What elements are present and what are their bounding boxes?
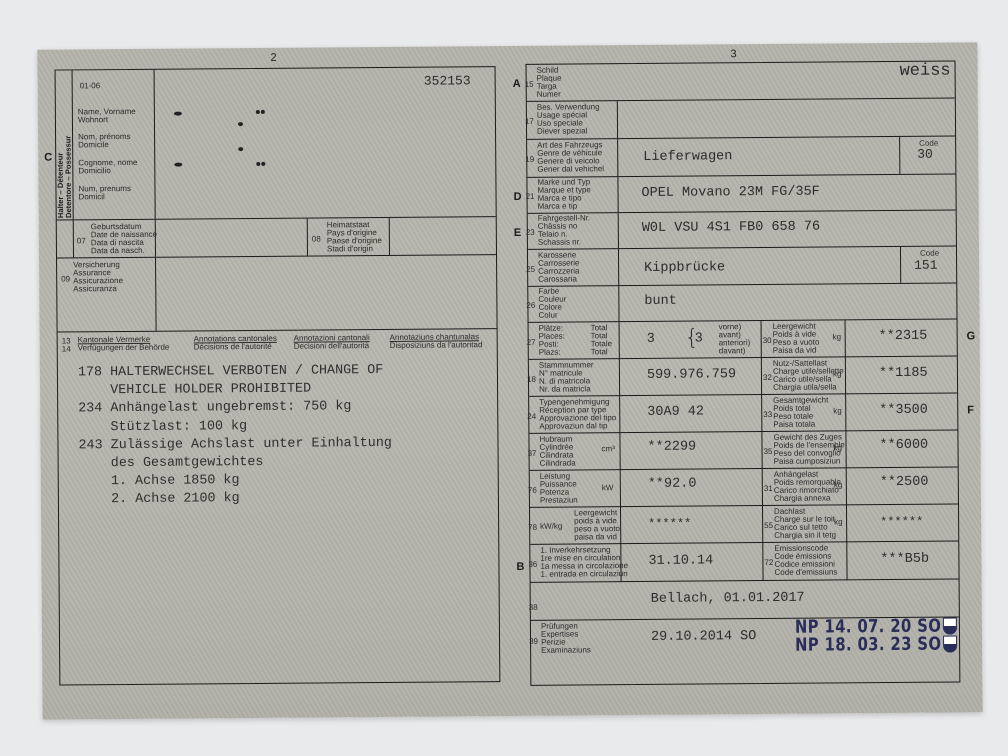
make-model-label-rm: Marca e tip xyxy=(538,202,578,211)
redaction-mark xyxy=(261,162,265,166)
side-label-rm: Possessur xyxy=(63,136,72,174)
seats-value: 3 xyxy=(647,332,655,347)
roof-load-unit: kg xyxy=(834,518,843,527)
birth-origin-row: 07 Geburtsdatum Date de naissance Data d… xyxy=(57,217,496,258)
inspection-stamp-2: NP 18. 03. 23 SO xyxy=(795,634,941,656)
specs-grid: 27 Plätze: Places: Posti: Plazs: Total T… xyxy=(529,319,959,582)
payload-unit: kg xyxy=(833,370,842,379)
body-code: 25 xyxy=(526,265,535,274)
redaction-mark xyxy=(174,112,182,116)
insurance-code: 09 xyxy=(61,274,70,283)
holder-label-fr2: Domicile xyxy=(78,141,109,150)
redaction-mark xyxy=(256,110,260,114)
issue-code: 38 xyxy=(529,603,538,612)
spec-row-6: 78 kW/kg Leergewicht poids à vide peso a… xyxy=(530,504,958,544)
insurance-label-rm: Assicuranza xyxy=(73,285,117,294)
type-approval-code: 24 xyxy=(527,412,536,421)
page-number-right: 3 xyxy=(730,48,736,60)
matricule-label-rm: Nr. da matricla xyxy=(539,385,591,394)
document-number: 352153 xyxy=(424,73,471,88)
canton-shield-icon xyxy=(943,635,957,652)
redaction-mark xyxy=(238,122,243,126)
spec-row-7: 36 1. Inverkehrsetzung 1re mise en circu… xyxy=(530,541,958,582)
annotations-code-14: 14 xyxy=(62,344,71,353)
section-letter-g: G xyxy=(967,330,976,342)
roof-load-label-rm: Chargia sin il tetg xyxy=(774,531,836,540)
color-value: bunt xyxy=(644,294,677,309)
empty-weight-label-rm: Paisa da vid xyxy=(773,347,817,356)
body-value: Kippbrücke xyxy=(644,260,725,276)
power-weight-code: 78 xyxy=(528,523,537,532)
matricule-value: 599.976.759 xyxy=(647,367,736,383)
power-weight-unit: kW/kg xyxy=(540,523,562,532)
holder-label-it2: Domicilio xyxy=(78,167,111,176)
trailer-load-code: 31 xyxy=(764,484,773,493)
total-weight-label-rm: Paisa totala xyxy=(773,421,815,430)
empty-weight-value: **2315 xyxy=(879,329,928,344)
insurance-row: 09 Versicherung Assurance Assicurazione … xyxy=(57,255,497,332)
section-letter-a: A xyxy=(513,78,521,90)
origin-code: 08 xyxy=(312,234,321,243)
side-label-it: Detentore xyxy=(63,183,72,219)
first-registration-label-rm: 1. entrada en circulaziun xyxy=(540,570,627,579)
special-use-code: 17 xyxy=(525,117,534,126)
section-letter-b: B xyxy=(516,561,524,573)
power-weight-label-rm: paisa da vid xyxy=(574,533,617,542)
holder-label-de2: Wohnort xyxy=(78,116,108,125)
make-model-code: 21 xyxy=(526,192,535,201)
inspection-first-date: 29.10.2014 SO xyxy=(651,629,756,645)
train-weight-value: **6000 xyxy=(879,438,928,453)
redaction-mark xyxy=(256,162,260,166)
total-weight-unit: kg xyxy=(833,407,842,416)
type-approval-label-rm: Approvaziun dal tip xyxy=(539,422,607,431)
page-number-left: 2 xyxy=(270,52,276,64)
annotations-body: 178 HALTERWECHSEL VERBOTEN / CHANGE OF V… xyxy=(58,353,500,684)
first-registration-code: 36 xyxy=(528,560,537,569)
make-model-row: 21 Marke und Typ Marque et type Marca e … xyxy=(527,174,955,213)
redaction-mark xyxy=(238,147,243,151)
annotations-header: 13 14 Kantonale Vermerke Verfügungen der… xyxy=(58,329,497,356)
roof-load-code: 55 xyxy=(764,521,773,530)
holder-label-rm2: Domicil xyxy=(79,193,105,202)
front-seats-value: 3 xyxy=(695,331,703,346)
payload-label-rm: Chargia utila/sella xyxy=(773,383,837,392)
type-approval-value: 30A9 42 xyxy=(647,404,704,419)
front-label-rm: davant) xyxy=(719,347,746,356)
empty-weight-code: 30 xyxy=(763,336,772,345)
inspections-row: 39 Prüfungen Expertises Perizie Examinaz… xyxy=(531,617,959,684)
annotations-sub-de: Verfügungen der Behörde xyxy=(78,344,170,353)
trailer-load-value: **2500 xyxy=(880,475,929,490)
power-value: **92.0 xyxy=(648,477,697,492)
train-weight-code: 35 xyxy=(764,447,773,456)
matricule-code: 18 xyxy=(527,375,536,384)
left-page-frame: Halter – Détenteur Detentore – Possessur… xyxy=(55,66,501,685)
roof-load-value: ****** xyxy=(880,515,923,529)
annotations-sub-fr: Décisions de l'autorité xyxy=(194,343,272,352)
plate-row: 15 Schild Plaque Targa Numer weiss xyxy=(527,61,955,101)
birthdate-label-rm: Data da nasch. xyxy=(91,247,145,256)
right-page-frame: 15 Schild Plaque Targa Numer weiss A 17 … xyxy=(526,60,961,685)
holder-section: Halter – Détenteur Detentore – Possessur… xyxy=(56,67,496,220)
canton-shield-icon xyxy=(943,617,957,634)
payload-value: **1185 xyxy=(879,366,928,381)
issue-place-date: Bellach, 01.01.2017 xyxy=(651,591,805,607)
issue-row: 38 Bellach, 01.01.2017 xyxy=(531,579,959,620)
body-code-label: Code xyxy=(920,249,939,258)
section-letter-c: C xyxy=(44,152,52,164)
emission-value: ***B5b xyxy=(880,552,929,567)
emission-label-rm: Code d'emissiuns xyxy=(774,568,837,577)
annotations-text: 178 HALTERWECHSEL VERBOTEN / CHANGE OF V… xyxy=(78,362,393,510)
inspections-label-rm: Examinaziuns xyxy=(541,646,591,655)
registration-document: 2 C Halter – Détenteur Detentore – Posse… xyxy=(37,42,982,719)
plate-value: weiss xyxy=(899,62,950,81)
chassis-row: 23 Fahrgestell-Nr. Châssis no Telaio n. … xyxy=(528,210,956,249)
total-weight-code: 33 xyxy=(763,410,772,419)
vehicle-type-row: 19 Art des Fahrzeugs Genre de véhicule G… xyxy=(527,136,955,177)
annotations-sub-rm: Disposiziuns da l'autoritad xyxy=(390,341,483,350)
power-label-rm: Prestaziun xyxy=(540,496,578,505)
vehicle-type-value: Lieferwagen xyxy=(643,149,732,165)
spec-row-5: 76 Leistung Puissance Potenza Prestaziun… xyxy=(530,467,958,507)
make-model-value: OPEL Movano 23M FG/35F xyxy=(641,185,819,201)
inspections-code: 39 xyxy=(529,637,538,646)
chassis-code: 23 xyxy=(526,228,535,237)
special-use-row: 17 Bes. Verwendung Usage spécial Uso spe… xyxy=(527,98,955,139)
empty-weight-unit: kg xyxy=(833,333,842,342)
train-weight-unit: kg xyxy=(834,444,843,453)
chassis-value: W0L VSU 4S1 FB0 658 76 xyxy=(642,220,820,236)
trailer-load-unit: kg xyxy=(834,481,843,490)
spec-row-4: 37 Hubraum Cylindrée Cilindrata Cilindra… xyxy=(529,430,957,470)
displacement-value: **2299 xyxy=(647,440,696,455)
color-row: 26 Farbe Couleur Colore Colur bunt xyxy=(528,283,956,322)
spec-row-3: 24 Typengenehmigung Réception par type A… xyxy=(529,393,957,433)
holder-field-code: 01-06 xyxy=(80,82,101,91)
displacement-code: 37 xyxy=(528,449,537,458)
section-letter-e: E xyxy=(514,227,521,239)
vehicle-type-code-value: 30 xyxy=(917,147,933,162)
body-code-value: 151 xyxy=(914,258,938,273)
color-label-rm: Colur xyxy=(538,312,557,321)
plate-label-rm: Numer xyxy=(537,91,561,100)
section-letter-d: D xyxy=(514,191,522,203)
payload-code: 32 xyxy=(763,373,772,382)
power-unit: kW xyxy=(602,484,614,493)
origin-label-rm: Stadi d'origin xyxy=(327,245,373,254)
redaction-mark xyxy=(261,110,265,114)
displacement-label-rm: Cilindrada xyxy=(540,459,576,468)
body-label-rm: Carossaria xyxy=(538,275,577,284)
emission-code-code: 72 xyxy=(764,558,773,567)
color-code: 26 xyxy=(526,301,535,310)
section-letter-f: F xyxy=(967,404,974,416)
power-code: 76 xyxy=(528,486,537,495)
trailer-load-label-rm: Chargia annexa xyxy=(774,494,831,503)
redaction-mark xyxy=(174,163,182,167)
train-weight-label-rm: Paisa cumposiziun xyxy=(774,457,841,466)
power-weight-value: ****** xyxy=(648,517,691,531)
first-registration-value: 31.10.14 xyxy=(648,553,713,569)
birthdate-code: 07 xyxy=(77,236,86,245)
special-use-label-rm: Diever spezial xyxy=(537,127,587,136)
plate-code: 15 xyxy=(525,80,534,89)
spec-row-1: 27 Plätze: Places: Posti: Plazs: Total T… xyxy=(529,319,957,359)
chassis-label-rm: Schassis nr. xyxy=(538,238,581,247)
spec-row-2: 18 Stammnummer N° matricule N. di matric… xyxy=(529,356,957,396)
body-row: 25 Karosserie Carrosserie Carrozzeria Ca… xyxy=(528,246,956,286)
vehicle-type-code: 19 xyxy=(525,155,534,164)
vehicle-type-label-rm: Gener dal vehichel xyxy=(537,165,604,174)
total-weight-value: **3500 xyxy=(879,403,928,418)
displacement-unit: cm³ xyxy=(602,445,615,454)
seats-total-rm: Total xyxy=(591,348,608,357)
annotations-sub-it: Decisioni dell'autorità xyxy=(294,342,369,351)
seats-code: 27 xyxy=(527,338,536,347)
seats-label-rm: Plazs: xyxy=(539,349,561,358)
